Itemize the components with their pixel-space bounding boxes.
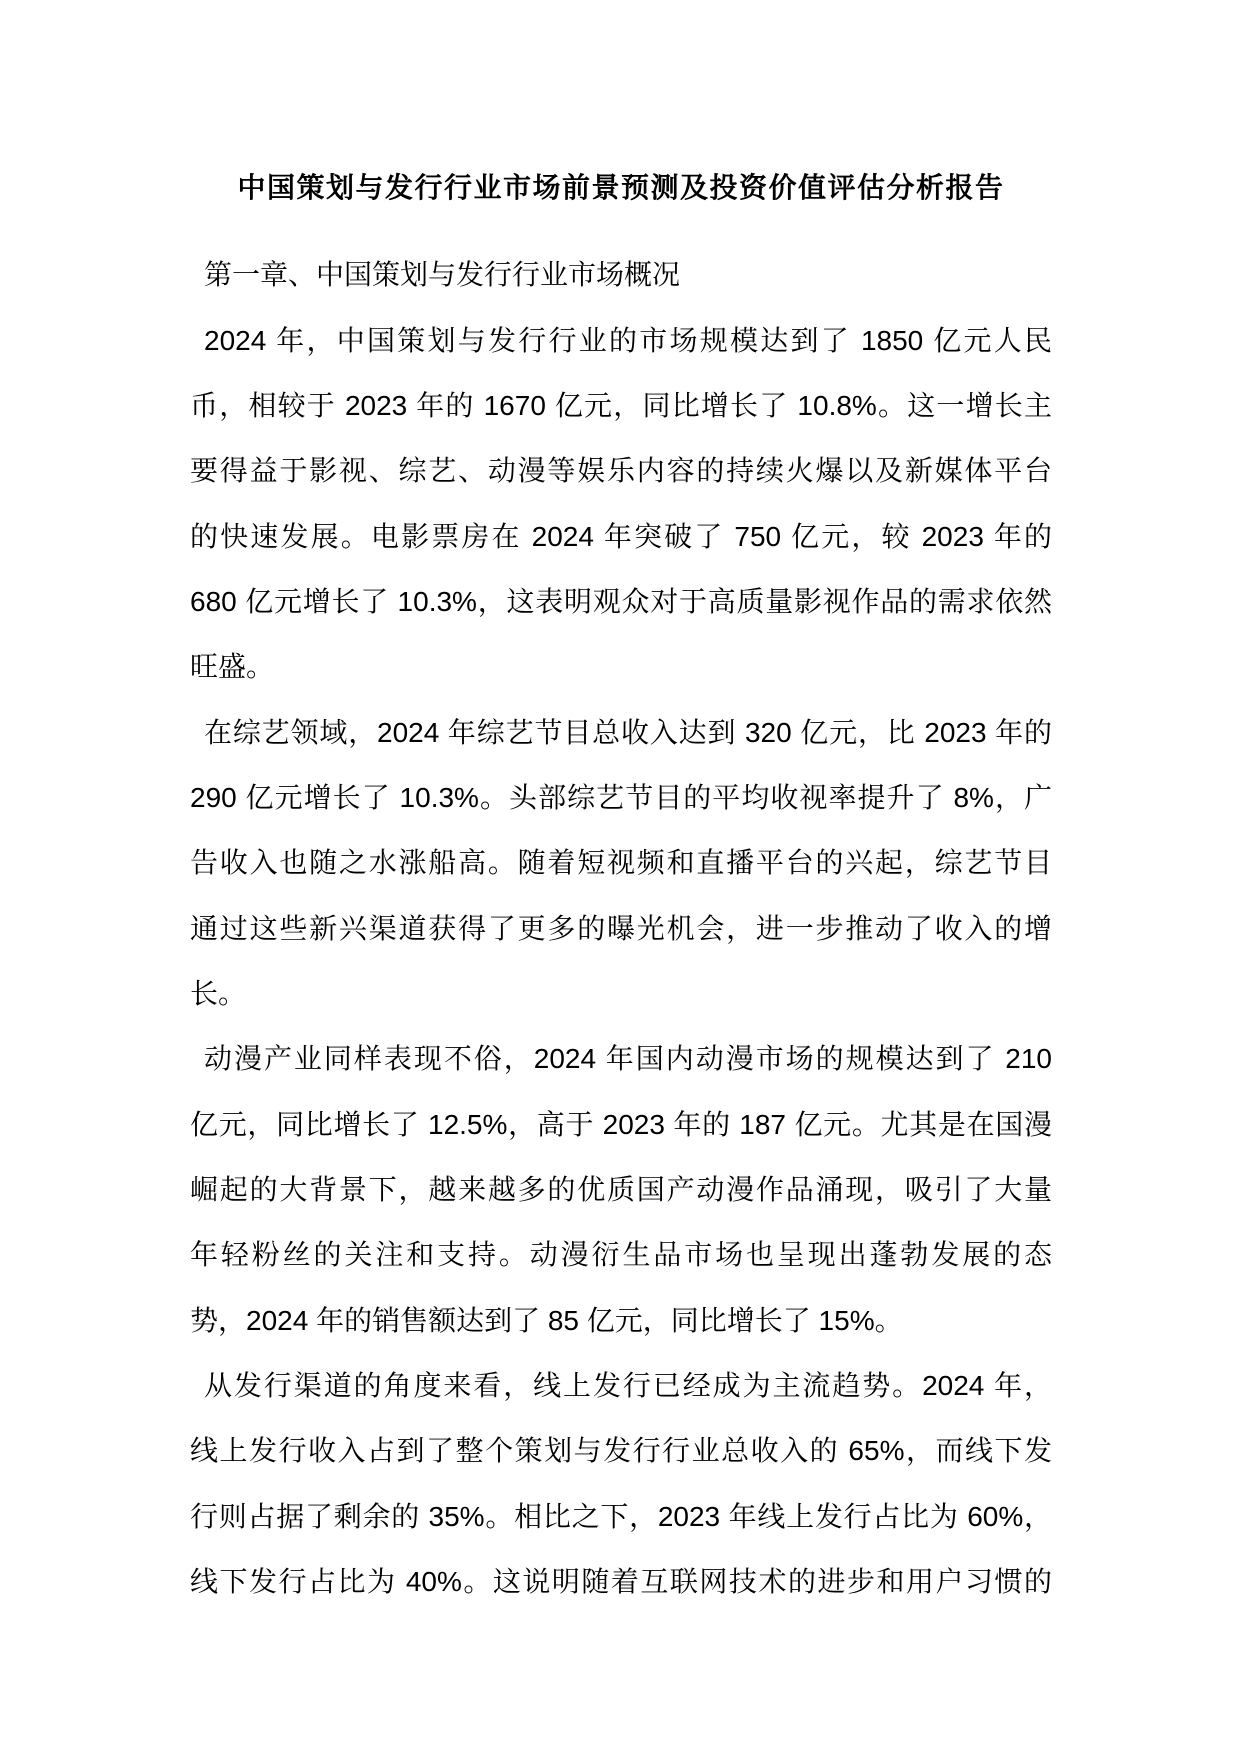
text-line: 290 亿元增长了 10.3%。头部综艺节目的平均收视率提升了 8%，广 — [190, 765, 1052, 830]
text-line: 从发行渠道的角度来看，线上发行已经成为主流趋势。2024 年， — [190, 1353, 1052, 1418]
text-line: 动漫产业同样表现不俗，2024 年国内动漫市场的规模达到了 210 — [190, 1026, 1052, 1091]
text-line: 680 亿元增长了 10.3%，这表明观众对于高质量影视作品的需求依然 — [190, 569, 1052, 634]
text-line: 币，相较于 2023 年的 1670 亿元，同比增长了 10.8%。这一增长主 — [190, 373, 1052, 438]
paragraph: 从发行渠道的角度来看，线上发行已经成为主流趋势。2024 年，线上发行收入占到了… — [190, 1353, 1052, 1614]
text-line: 线上发行收入占到了整个策划与发行行业总收入的 65%，而线下发 — [190, 1418, 1052, 1483]
text-line: 崛起的大背景下，越来越多的优质国产动漫作品涌现，吸引了大量 — [190, 1157, 1052, 1222]
text-line: 旺盛。 — [190, 634, 1052, 699]
text-line: 要得益于影视、综艺、动漫等娱乐内容的持续火爆以及新媒体平台 — [190, 438, 1052, 503]
text-line: 年轻粉丝的关注和支持。动漫衍生品市场也呈现出蓬勃发展的态 — [190, 1222, 1052, 1287]
text-line: 线下发行占比为 40%。这说明随着互联网技术的进步和用户习惯的 — [190, 1549, 1052, 1614]
paragraph: 在综艺领域，2024 年综艺节目总收入达到 320 亿元，比 2023 年的29… — [190, 700, 1052, 1027]
paragraph: 2024 年，中国策划与发行行业的市场规模达到了 1850 亿元人民币，相较于 … — [190, 308, 1052, 700]
text-line: 亿元，同比增长了 12.5%，高于 2023 年的 187 亿元。尤其是在国漫 — [190, 1092, 1052, 1157]
paragraph: 动漫产业同样表现不俗，2024 年国内动漫市场的规模达到了 210亿元，同比增长… — [190, 1026, 1052, 1353]
text-line: 告收入也随之水涨船高。随着短视频和直播平台的兴起，综艺节目 — [190, 830, 1052, 895]
text-line: 通过这些新兴渠道获得了更多的曝光机会，进一步推动了收入的增 — [190, 896, 1052, 961]
text-line: 势，2024 年的销售额达到了 85 亿元，同比增长了 15%。 — [190, 1288, 1052, 1353]
document-title: 中国策划与发行行业市场前景预测及投资价值评估分析报告 — [190, 155, 1052, 220]
body-paragraphs: 2024 年，中国策划与发行行业的市场规模达到了 1850 亿元人民币，相较于 … — [190, 308, 1052, 1615]
text-line: 长。 — [190, 961, 1052, 1026]
text-line: 在综艺领域，2024 年综艺节目总收入达到 320 亿元，比 2023 年的 — [190, 700, 1052, 765]
text-line: 2024 年，中国策划与发行行业的市场规模达到了 1850 亿元人民 — [190, 308, 1052, 373]
document-page: 中国策划与发行行业市场前景预测及投资价值评估分析报告 第一章、中国策划与发行行业… — [0, 0, 1240, 1753]
text-line: 行则占据了剩余的 35%。相比之下，2023 年线上发行占比为 60%， — [190, 1484, 1052, 1549]
text-line: 的快速发展。电影票房在 2024 年突破了 750 亿元，较 2023 年的 — [190, 504, 1052, 569]
chapter-heading: 第一章、中国策划与发行行业市场概况 — [190, 242, 1052, 307]
